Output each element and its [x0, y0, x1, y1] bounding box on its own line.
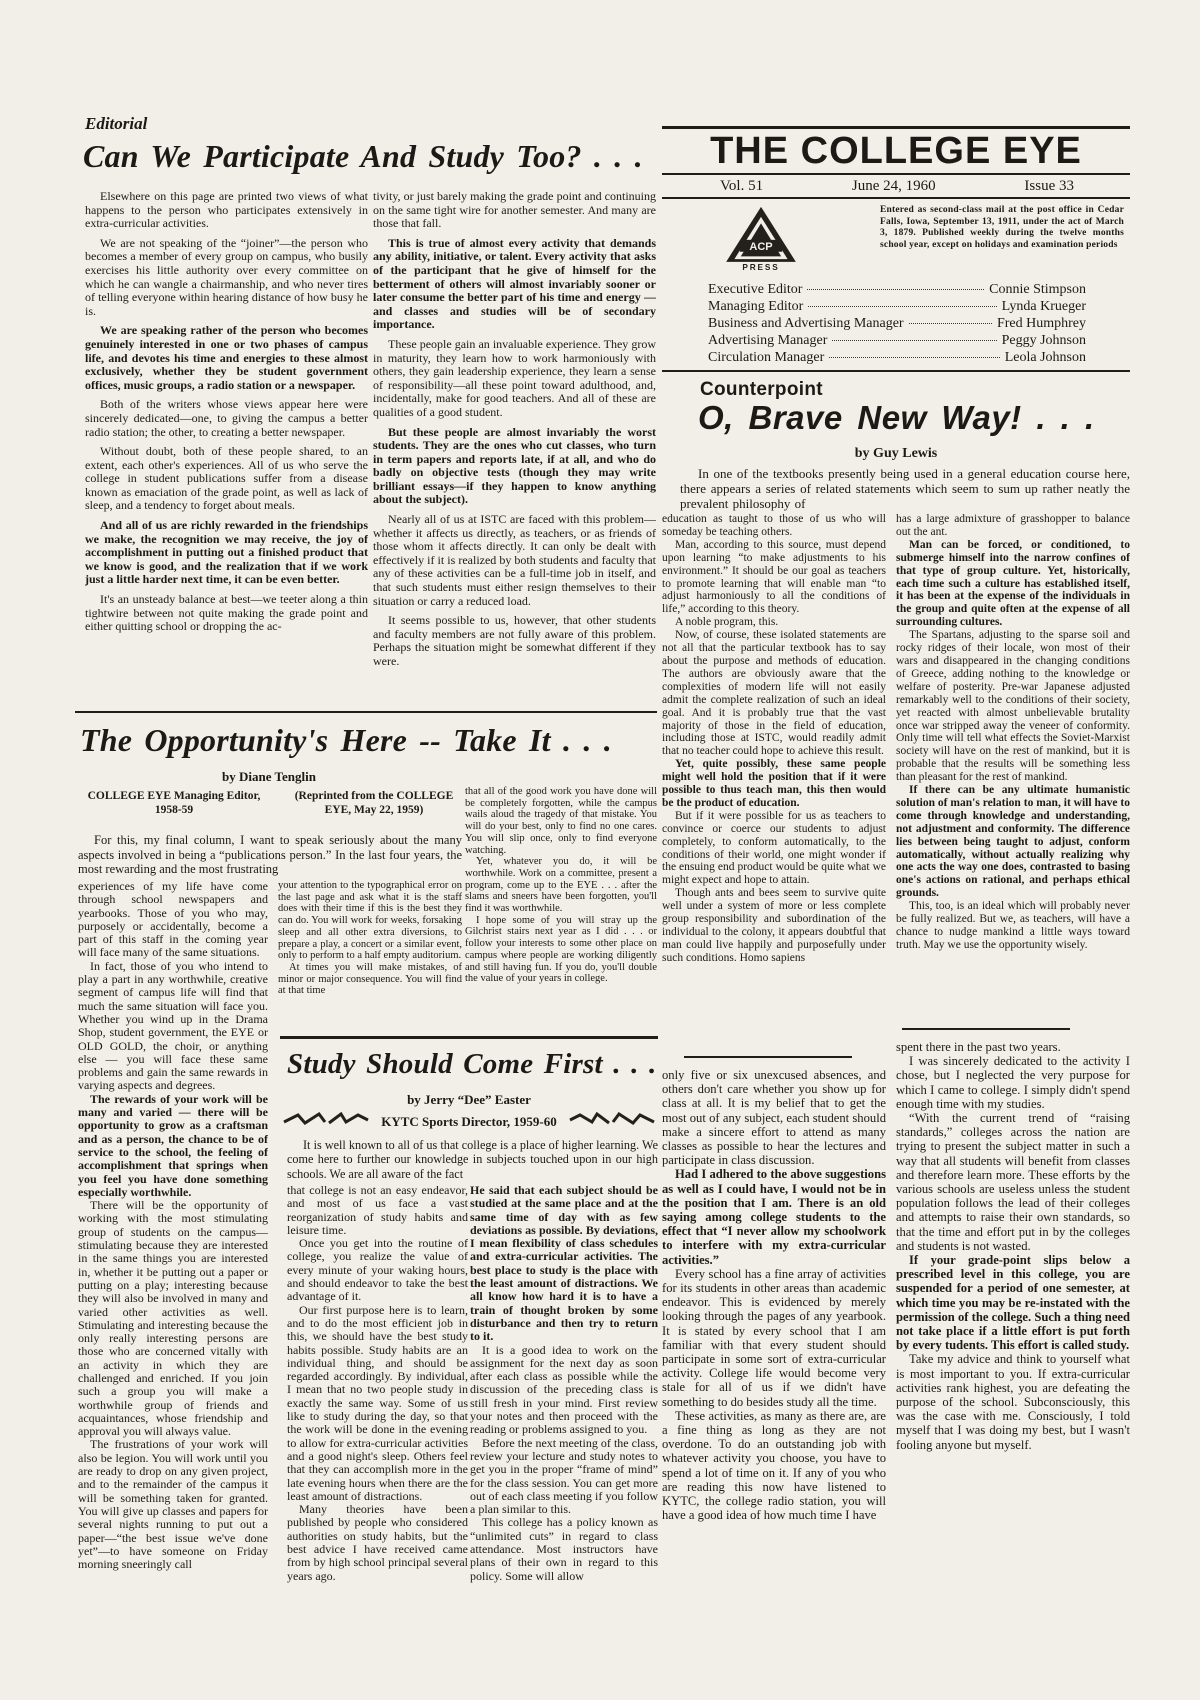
opportunity-column-2: your attention to the typographical erro… [278, 880, 462, 1030]
paragraph: Once you get into the routine of college… [287, 1237, 468, 1303]
staff-role: Managing Editor [708, 299, 803, 314]
opportunity-column-3: that all of the good work you have done … [465, 786, 657, 1030]
section-divider [280, 1036, 658, 1039]
study-column-3: only five or six unexcused absences, and… [662, 1068, 886, 1634]
paragraph: Yet, quite possibly, these same people m… [662, 758, 886, 810]
editorial-column-2: tivity, or just barely making the grade … [373, 190, 656, 712]
author-credit: COLLEGE EYE Managing Editor, 1958-59 [75, 789, 273, 817]
paragraph: I was sincerely dedicated to the activit… [896, 1054, 1130, 1111]
staff-list: Executive Editor Connie Stimpson Managin… [662, 278, 1130, 365]
paragraph: The Spartans, adjusting to the sparse so… [896, 629, 1130, 784]
editorial-kicker: Editorial [85, 114, 147, 134]
paragraph: We are not speaking of the “joiner”—the … [85, 237, 368, 319]
study-author-credit: KYTC Sports Director, 1959-60 [381, 1114, 557, 1130]
counterpoint-byline: by Guy Lewis [662, 446, 1130, 462]
paragraph: Take my advice and think to yourself wha… [896, 1352, 1130, 1451]
opportunity-column-1: experiences of my life have come through… [78, 880, 268, 1638]
staff-role: Executive Editor [708, 282, 802, 297]
issue-number: Issue 33 [1024, 177, 1074, 195]
paragraph: He said that each subject should be stud… [470, 1184, 658, 1344]
opportunity-headline: The Opportunity's Here -- Take It . . . [80, 722, 612, 759]
section-divider [75, 711, 657, 713]
dotted-leader [808, 306, 996, 307]
paragraph: Elsewhere on this page are printed two v… [85, 190, 368, 231]
staff-row: Circulation Manager Leola Johnson [708, 350, 1086, 365]
paragraph: Yet, whatever you do, it will be worthwh… [465, 856, 657, 915]
paragraph: Our first purpose here is to learn, and … [287, 1304, 468, 1503]
study-column-4: spent there in the past two years.I was … [896, 1040, 1130, 1640]
paragraph: I hope some of you will stray up the Gil… [465, 915, 657, 985]
masthead-info: ACP PRESS Entered as second-class mail a… [662, 199, 1130, 278]
paragraph: only five or six unexcused absences, and… [662, 1068, 886, 1167]
study-byline: by Jerry “Dee” Easter [280, 1092, 658, 1108]
column-divider [684, 1056, 852, 1058]
paragraph: At times you will make mistakes, of mino… [278, 962, 462, 997]
paragraph: Though ants and bees seem to survive qui… [662, 887, 886, 964]
study-credit-row: KYTC Sports Director, 1959-60 [280, 1112, 658, 1131]
staff-row: Executive Editor Connie Stimpson [708, 282, 1086, 297]
paragraph: It is a good idea to work on the assignm… [470, 1344, 658, 1437]
paragraph: Nearly all of us at ISTC are faced with … [373, 513, 656, 608]
paragraph: The frustrations of your work will also … [78, 1438, 268, 1571]
decorative-flourish-right-icon [569, 1112, 655, 1131]
paragraph: These activities, as many as there are, … [662, 1409, 886, 1523]
dotted-leader [807, 289, 984, 290]
paragraph: experiences of my life have come through… [78, 880, 268, 960]
counterpoint-column-1: education as taught to those of us who w… [662, 513, 886, 1049]
paragraph: spent there in the past two years. [896, 1040, 1130, 1054]
paragraph: This college has a policy known as “unli… [470, 1516, 658, 1582]
staff-name: Fred Humphrey [997, 316, 1086, 331]
paragraph: that college is not an easy endeavor, an… [287, 1184, 468, 1237]
section-divider [662, 370, 1130, 372]
staff-role: Advertising Manager [708, 333, 827, 348]
counterpoint-column-2: has a large admixture of grasshopper to … [896, 513, 1130, 1021]
paragraph: But these people are almost invariably t… [373, 426, 656, 508]
staff-row: Managing Editor Lynda Krueger [708, 299, 1086, 314]
paragraph: Man can be forced, or conditioned, to su… [896, 539, 1130, 629]
study-intro: It is well known to all of us that colle… [287, 1138, 658, 1181]
paragraph: Man, according to this source, must depe… [662, 539, 886, 616]
counterpoint-headline: O, Brave New Way! . . . [698, 399, 1095, 437]
staff-name: Leola Johnson [1005, 350, 1086, 365]
reprint-credit: (Reprinted from the COLLEGE EYE, May 22,… [283, 789, 465, 817]
study-column-1: that college is not an easy endeavor, an… [287, 1184, 468, 1636]
paragraph: your attention to the typographical erro… [278, 880, 462, 962]
paragraph: And all of us are richly rewarded in the… [85, 519, 368, 587]
opportunity-intro: For this, my final column, I want to spe… [78, 833, 462, 877]
paragraph: In fact, those of you who intend to play… [78, 960, 268, 1093]
staff-row: Business and Advertising Manager Fred Hu… [708, 316, 1086, 331]
paragraph: There will be the opportunity of working… [78, 1199, 268, 1438]
svg-text:ACP: ACP [749, 241, 772, 253]
paragraph: education as taught to those of us who w… [662, 513, 886, 539]
volume-label: Vol. 51 [720, 177, 763, 195]
study-headline: Study Should Come First . . . [287, 1048, 656, 1081]
masthead: THE COLLEGE EYE Vol. 51 June 24, 1960 Is… [662, 126, 1130, 367]
paragraph: Many theories have been published by peo… [287, 1503, 468, 1583]
counterpoint-kicker: Counterpoint [700, 379, 823, 401]
editorial-column-1: Elsewhere on this page are printed two v… [85, 190, 368, 712]
dotted-leader [832, 340, 996, 341]
paragraph: Both of the writers whose views appear h… [85, 398, 368, 439]
volume-row: Vol. 51 June 24, 1960 Issue 33 [662, 175, 1130, 197]
paragraph: It seems possible to us, however, that o… [373, 614, 656, 668]
study-column-2: He said that each subject should be stud… [470, 1184, 658, 1654]
svg-text:PRESS: PRESS [742, 263, 779, 271]
paragraph: Had I adhered to the above suggestions a… [662, 1167, 886, 1266]
paragraph: Before the next meeting of the class, re… [470, 1437, 658, 1517]
staff-row: Advertising Manager Peggy Johnson [708, 333, 1086, 348]
counterpoint-intro: In one of the textbooks presently being … [680, 467, 1130, 511]
paragraph: The rewards of your work will be many an… [78, 1093, 268, 1199]
newspaper-page: Editorial Can We Participate And Study T… [0, 0, 1200, 1700]
paragraph: “With the current trend of “raising stan… [896, 1111, 1130, 1253]
paragraph: But if it were possible for us as teache… [662, 810, 886, 887]
paragraph: that all of the good work you have done … [465, 786, 657, 856]
paragraph: Now, of course, these isolated statement… [662, 629, 886, 758]
paragraph: If your grade-point slips below a prescr… [896, 1253, 1130, 1352]
dotted-leader [909, 323, 992, 324]
staff-role: Business and Advertising Manager [708, 316, 904, 331]
paragraph: has a large admixture of grasshopper to … [896, 513, 1130, 539]
acp-press-logo: ACP PRESS [724, 205, 798, 276]
paragraph: This is true of almost every activity th… [373, 237, 656, 332]
paragraph: Without doubt, both of these people shar… [85, 445, 368, 513]
newspaper-title: THE COLLEGE EYE [662, 130, 1130, 172]
issue-date: June 24, 1960 [852, 177, 936, 195]
staff-role: Circulation Manager [708, 350, 824, 365]
paragraph: If there can be any ultimate humanistic … [896, 784, 1130, 900]
staff-name: Lynda Krueger [1002, 299, 1086, 314]
paragraph: This, too, is an ideal which will probab… [896, 900, 1130, 952]
paragraph: Every school has a fine array of activit… [662, 1267, 886, 1409]
paragraph: It's an unsteady balance at best—we teet… [85, 593, 368, 634]
decorative-flourish-left-icon [283, 1112, 369, 1131]
opportunity-byline: by Diane Tenglin [75, 769, 463, 785]
staff-name: Connie Stimpson [989, 282, 1086, 297]
paragraph: tivity, or just barely making the grade … [373, 190, 656, 231]
column-divider [902, 1028, 1070, 1030]
opportunity-credits: COLLEGE EYE Managing Editor, 1958-59 (Re… [75, 789, 465, 817]
paragraph: A noble program, this. [662, 616, 886, 629]
masthead-top-rule [662, 126, 1130, 129]
paragraph: We are speaking rather of the person who… [85, 324, 368, 392]
paragraph: These people gain an invaluable experien… [373, 338, 656, 420]
dotted-leader [829, 357, 999, 358]
editorial-headline: Can We Participate And Study Too? . . . [83, 138, 643, 175]
staff-name: Peggy Johnson [1002, 333, 1086, 348]
entered-notice: Entered as second-class mail at the post… [880, 205, 1124, 251]
